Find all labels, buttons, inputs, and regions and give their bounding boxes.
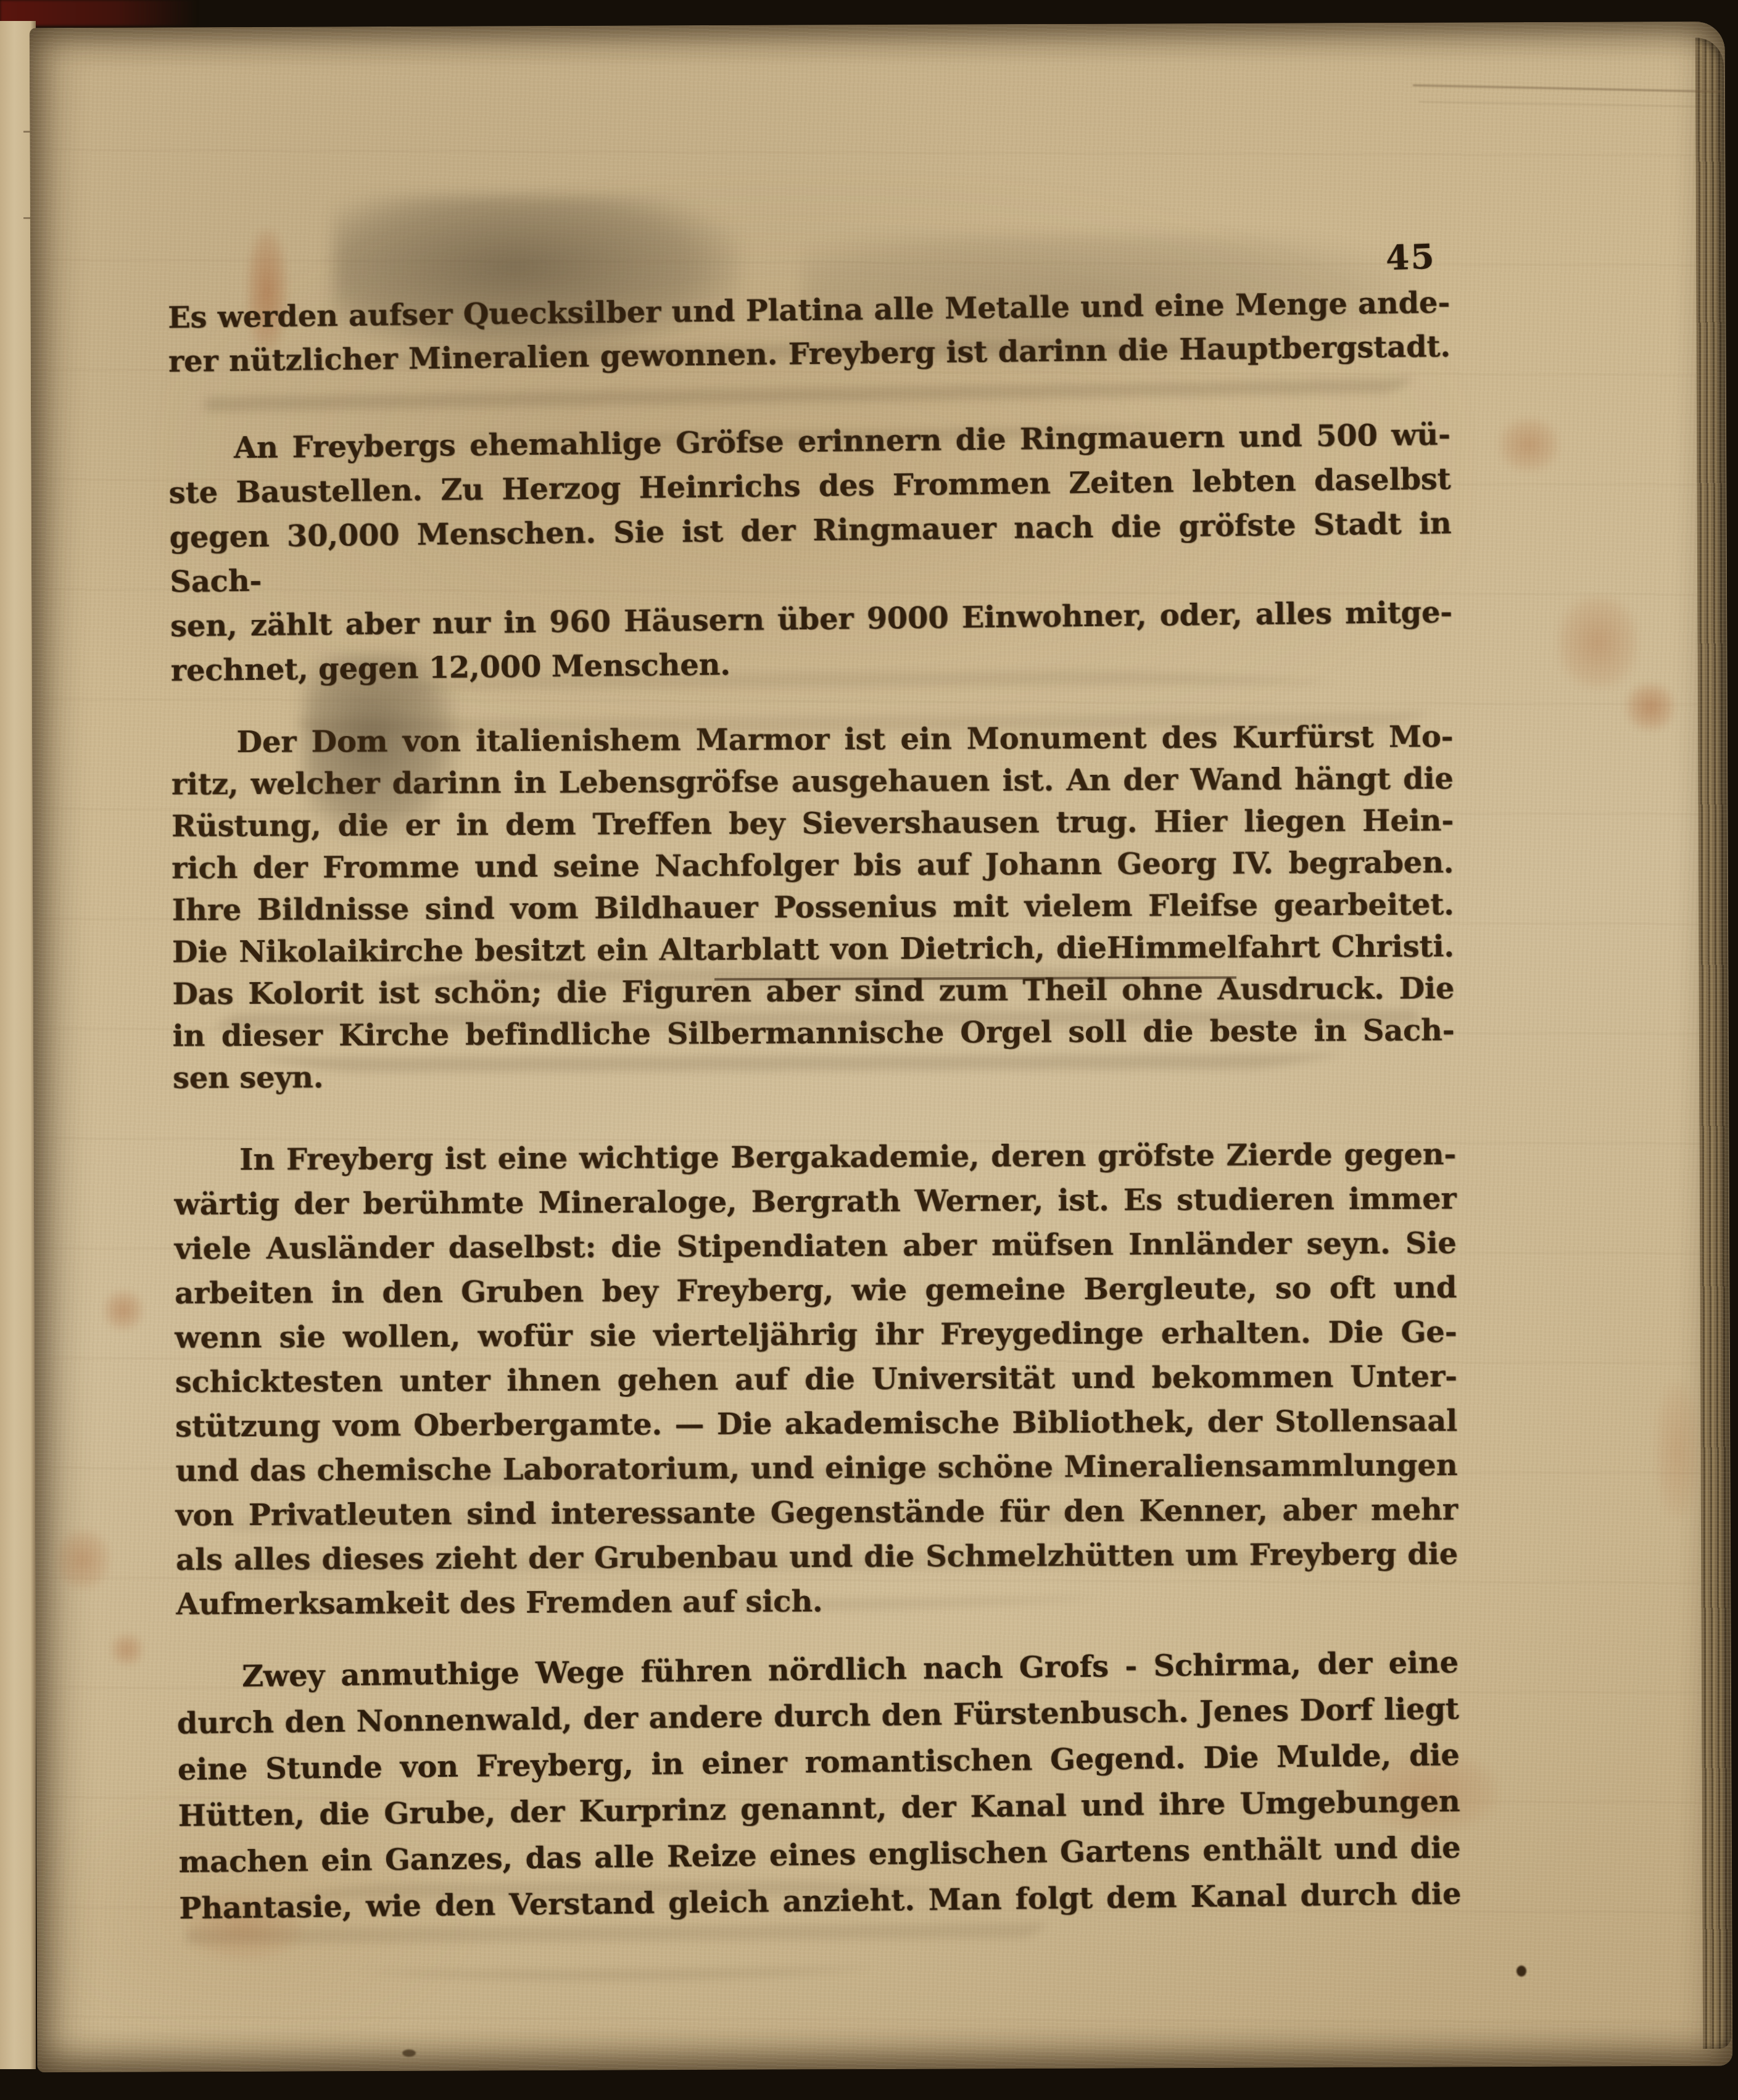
text-line: gegen 30,000 Menschen. Sie ist der Ringm…: [169, 502, 1452, 605]
text-line: arbeiten in den Gruben bey Freyberg, wie…: [175, 1265, 1457, 1315]
text-line: wärtig der berühmte Mineraloge, Bergrath…: [174, 1176, 1456, 1226]
text-line: Aufmerksamkeit des Fremden auf sich.: [176, 1576, 1458, 1626]
text-line: sen seyn.: [173, 1051, 1455, 1099]
text-line: und das chemische Laboratorium, und eini…: [175, 1443, 1457, 1493]
text-line: ritz, welcher darinn in Lebensgröfse aus…: [172, 758, 1454, 805]
page-stack-edge: [1695, 38, 1732, 2049]
text-line: Ihre Bildnisse sind vom Bildhauer Possen…: [172, 883, 1454, 931]
text-line: schicktesten unter ihnen gehen auf die U…: [175, 1354, 1457, 1404]
text-line: Die Nikolaikirche besitzt ein Altarblatt…: [172, 925, 1454, 973]
paragraph: Zwey anmuthige Wege führen nördlich nach…: [176, 1640, 1462, 1932]
text-line: als alles dieses zieht der Grubenbau und…: [176, 1532, 1458, 1582]
paragraph: Es werden aufser Quecksilber und Platina…: [168, 281, 1451, 384]
text-block: Es werden aufser Quecksilber und Platina…: [168, 284, 1461, 1929]
scanned-book-page: 45 Es werden aufser Quecksilber und Plat…: [0, 0, 1738, 2100]
text-line: In Freyberg ist eine wichtige Bergakadem…: [174, 1132, 1456, 1182]
text-line: viele Ausländer daselbst: die Stipendiat…: [175, 1221, 1457, 1271]
text-line: Das Kolorit ist schön; die Figuren aber …: [172, 967, 1454, 1015]
text-line: von Privatleuten sind interessante Gegen…: [176, 1487, 1458, 1537]
paragraph: An Freybergs ehemahlige Gröfse erinnern …: [168, 413, 1454, 693]
page-number: 45: [1385, 236, 1436, 278]
paragraph: Der Dom von italienishem Marmor ist ein …: [171, 716, 1455, 1099]
paragraph: In Freyberg ist eine wichtige Bergakadem…: [174, 1132, 1459, 1626]
text-line: in dieser Kirche befindliche Silbermanni…: [172, 1009, 1454, 1057]
text-line: Der Dom von italienishem Marmor ist ein …: [171, 716, 1453, 763]
text-line: Rüstung, die er in dem Treffen bey Sieve…: [172, 800, 1454, 847]
text-line: wenn sie wollen, wofür sie vierteljährig…: [175, 1310, 1457, 1360]
text-line: stützung vom Oberbergamte. — Die akademi…: [175, 1399, 1457, 1449]
text-line: rich der Fromme und seine Nachfolger bis…: [172, 841, 1454, 889]
